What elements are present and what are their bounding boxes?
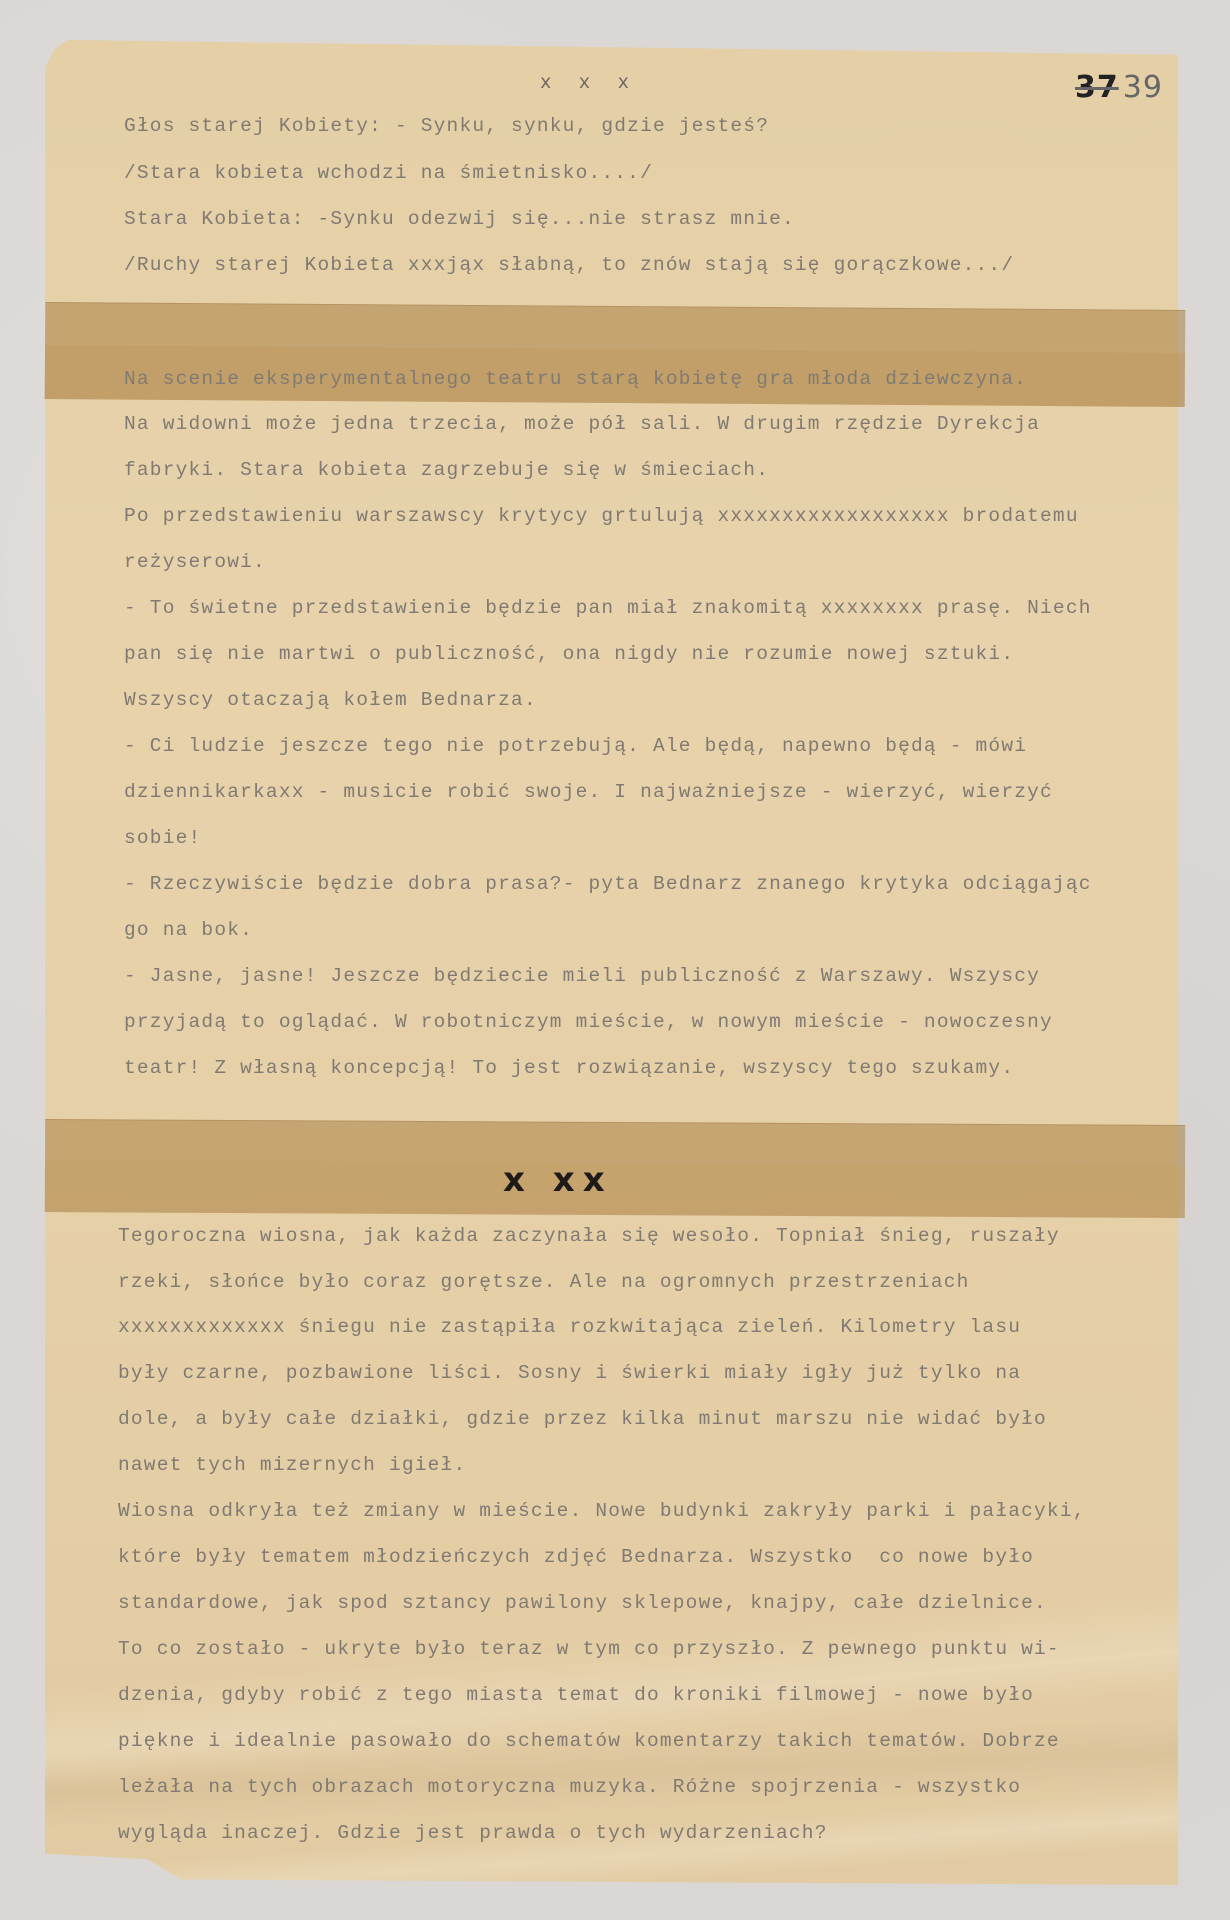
text-line: Wiosna odkryła też zmiany w mieście. Now… [118,1500,1086,1522]
text-line: go na bok. [124,919,253,941]
text-line: sobie! [124,827,201,849]
text-line: leżała na tych obrazach motoryczna muzyk… [118,1776,1021,1798]
text-line: rzeki, słońce było coraz gorętsze. Ale n… [118,1271,970,1293]
page-number-corrected: 39 [1123,70,1163,105]
text-line: reżyserowi. [124,551,266,573]
section-divider-typed: x x x [540,72,637,94]
text-line: Tegoroczna wiosna, jak każda zaczynała s… [118,1225,1060,1247]
text-line: fabryki. Stara kobieta zagrzebuje się w … [124,459,769,481]
text-line: były czarne, pozbawione liści. Sosny i ś… [118,1362,1021,1384]
text-line: które były tematem młodzieńczych zdjęć B… [118,1546,1034,1568]
text-line: dziennikarkaxx - musicie robić swoje. I … [124,781,1053,803]
text-line: Wszyscy otaczają kołem Bednarza. [124,689,537,711]
text-line: nawet tych mizernych igieł. [118,1454,466,1476]
section-divider-handwritten: x xx [503,1160,613,1200]
text-line: teatr! Z własną koncepcją! To jest rozwi… [124,1057,1014,1079]
text-line: xxxxxxxxxxxxx śniegu nie zastąpiła rozkw… [118,1316,1021,1338]
text-line: dole, a były całe działki, gdzie przez k… [118,1408,1047,1430]
text-line: Głos starej Kobiety: - Synku, synku, gdz… [124,115,769,137]
text-line: To co zostało - ukryte było teraz w tym … [118,1638,1060,1660]
text-line: Po przedstawieniu warszawscy krytycy grt… [124,505,1079,527]
text-line: dzenia, gdyby robić z tego miasta temat … [118,1684,1034,1706]
page-number: 3739 [1075,70,1163,105]
text-line: Stara Kobieta: -Synku odezwij się...nie … [124,208,795,230]
text-line: /Stara kobieta wchodzi na śmietnisko....… [124,162,653,184]
text-line: - Rzeczywiście będzie dobra prasa?- pyta… [124,873,1092,895]
text-line: /Ruchy starej Kobieta xxxjąx słabną, to … [124,254,1014,276]
text-line: Na widowni może jedna trzecia, może pół … [124,413,1040,435]
text-line: pan się nie martwi o publiczność, ona ni… [124,643,1014,665]
text-line: wygląda inaczej. Gdzie jest prawda o tyc… [118,1822,828,1844]
text-line: - To świetne przedstawienie będzie pan m… [124,597,1092,619]
adhesive-tape-strip-middle [45,1119,1185,1218]
page-number-original: 37 [1075,70,1119,105]
text-line: przyjadą to oglądać. W robotniczym mieśc… [124,1011,1053,1033]
text-line: piękne i idealnie pasowało do schematów … [118,1730,1060,1752]
text-line: - Ci ludzie jeszcze tego nie potrzebują.… [124,735,1027,757]
text-line: Na scenie eksperymentalnego teatru starą… [124,368,1027,390]
text-line: - Jasne, jasne! Jeszcze będziecie mieli … [124,965,1040,987]
text-line: standardowe, jak spod sztancy pawilony s… [118,1592,1047,1614]
adhesive-tape-strip-top [45,302,1186,407]
